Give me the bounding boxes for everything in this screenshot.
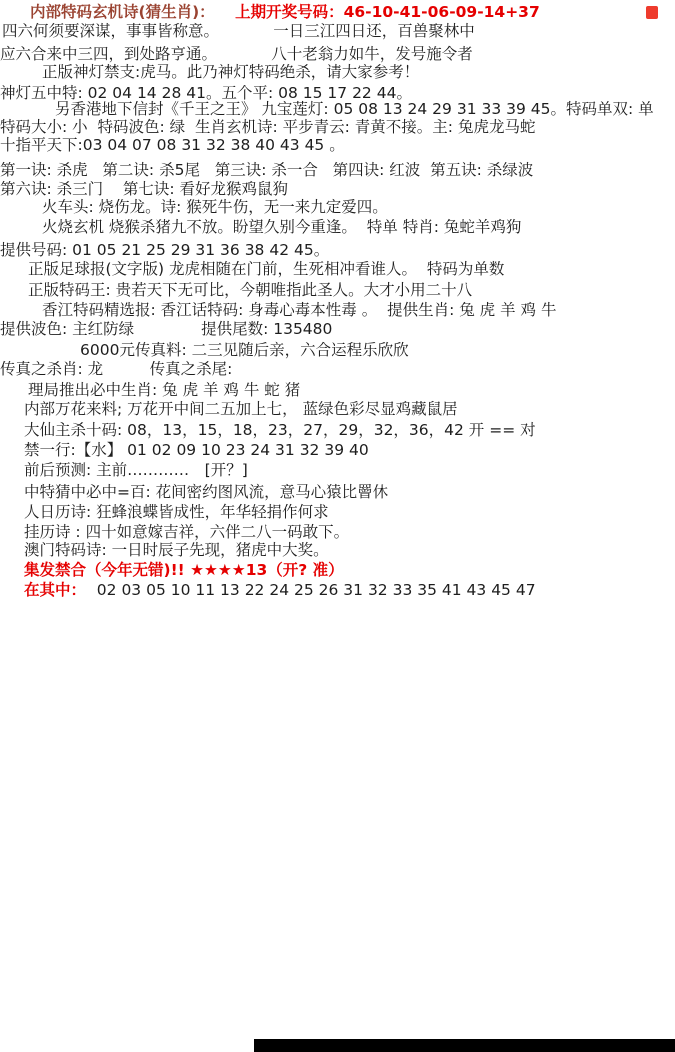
text-line: 理局推出必中生肖: 兔 虎 羊 鸡 牛 蛇 猪 (28, 381, 300, 399)
text-line: 澳门特码诗: 一日时辰子先现，猪虎中大奖。 (24, 541, 329, 559)
text-line: 正版神灯禁支:虎马。此乃神灯特码绝杀，请大家参考！ (42, 63, 419, 81)
text-line: 内部万花来料; 万花开中间二五加上七， 蓝绿色彩尽显鸡藏鼠居 (24, 400, 458, 418)
text-segment: 大仙主杀十码: 08，13，15，18，23，27，29，32，36，42 开 … (24, 421, 536, 439)
text-line: 正版特码王: 贵若天下无可比，今朝唯指此圣人。大才小用二十八 (28, 281, 472, 299)
text-line: 提供号码: 01 05 21 25 29 31 36 38 42 45。 (0, 241, 329, 259)
text-line: 挂历诗 : 四十如意嫁吉祥，六伴二八一码敢下。 (24, 523, 349, 541)
text-line: 火烧玄机 烧猴杀猪九不放。盼望久别今重逢。 特单 特肖: 兔蛇羊鸡狗 (42, 218, 521, 236)
tip-sheet-page: 内部特码玄机诗(猜生肖)： 上期开奖号码：46-10-41-06-09-14+3… (0, 0, 675, 1052)
text-segment: 内部万花来料; 万花开中间二五加上七， 蓝绿色彩尽显鸡藏鼠居 (24, 400, 458, 418)
text-line: 应六合来中三四，到处路亨通。 八十老翁力如牛，发号施令者 (0, 45, 473, 63)
text-segment: 传真之杀肖: 龙 传真之杀尾: (0, 360, 232, 378)
text-segment: 挂历诗 : 四十如意嫁吉祥，六伴二八一码敢下。 (24, 523, 349, 541)
text-segment: 正版足球报(文字版) 龙虎相随在门前，生死相冲看谁人。 特码为单数 (28, 260, 504, 278)
text-segment: 6000元传真料: 二三见随后亲，六合运程乐欣欣 (80, 341, 409, 359)
text-segment: 禁一行:【水】 01 02 09 10 23 24 31 32 39 40 (24, 441, 369, 459)
text-line: 传真之杀肖: 龙 传真之杀尾: (0, 360, 232, 378)
text-segment: 特码大小: 小 特码波色: 绿 生肖玄机诗: 平步青云: 青黄不接。主: 兔虎龙… (0, 118, 535, 136)
text-segment: 四六何须要深谋，事事皆称意。 一日三江四日还，百兽聚林中 (2, 22, 475, 40)
text-segment: 集发禁合（今年无错)!! ★★★★13（开? 准） (24, 561, 344, 579)
text-segment: 正版神灯禁支:虎马。此乃神灯特码绝杀，请大家参考！ (42, 63, 419, 81)
text-segment (215, 3, 235, 21)
text-segment: 应六合来中三四，到处路亨通。 八十老翁力如牛，发号施令者 (0, 45, 473, 63)
text-line: 6000元传真料: 二三见随后亲，六合运程乐欣欣 (80, 341, 409, 359)
text-line: 内部特码玄机诗(猜生肖)： 上期开奖号码：46-10-41-06-09-14+3… (30, 3, 540, 21)
text-segment: 香江特码精选报: 香江话特码: 身毒心毒本性毒 。 提供生肖: 兔 虎 羊 鸡 … (42, 301, 556, 319)
text-line: 火车头: 烧伤龙。诗: 猴死牛伤，无一来九定爱四。 (42, 198, 388, 216)
text-segment: 第一诀: 杀虎 第二诀: 杀5尾 第三诀: 杀一合 第四诀: 红波 第五诀: 杀… (0, 161, 533, 179)
text-segment: 中特猜中必中=百: 花间密约图风流，意马心猿比罾休 (24, 483, 388, 501)
text-segment: 第六诀: 杀三门 第七诀: 看好龙猴鸡鼠狗 (0, 180, 288, 198)
corner-red-mark (646, 6, 658, 19)
text-segment: 前后预测: 主前………… [开？] (24, 461, 248, 479)
text-segment: 内部特码玄机诗(猜生肖)： (30, 3, 215, 21)
text-segment: 澳门特码诗: 一日时辰子先现，猪虎中大奖。 (24, 541, 329, 559)
text-line: 第一诀: 杀虎 第二诀: 杀5尾 第三诀: 杀一合 第四诀: 红波 第五诀: 杀… (0, 161, 533, 179)
text-segment: 理局推出必中生肖: 兔 虎 羊 鸡 牛 蛇 猪 (28, 381, 300, 399)
text-line: 另香港地下信封《千王之王》 九宝莲灯: 05 08 13 24 29 31 33… (55, 100, 654, 118)
text-segment: 火烧玄机 烧猴杀猪九不放。盼望久别今重逢。 特单 特肖: 兔蛇羊鸡狗 (42, 218, 521, 236)
text-segment: 正版特码王: 贵若天下无可比，今朝唯指此圣人。大才小用二十八 (28, 281, 472, 299)
text-segment: 提供号码: 01 05 21 25 29 31 36 38 42 45。 (0, 241, 329, 259)
text-segment: 十指平天下:03 04 07 08 31 32 38 40 43 45 。 (0, 136, 345, 154)
text-segment: 提供波色: 主红防绿 提供尾数: 135480 (0, 320, 332, 338)
text-line: 香江特码精选报: 香江话特码: 身毒心毒本性毒 。 提供生肖: 兔 虎 羊 鸡 … (42, 301, 556, 319)
text-line: 特码大小: 小 特码波色: 绿 生肖玄机诗: 平步青云: 青黄不接。主: 兔虎龙… (0, 118, 535, 136)
text-segment: 另香港地下信封《千王之王》 九宝莲灯: 05 08 13 24 29 31 33… (55, 100, 654, 118)
text-line: 在其中： 02 03 05 10 11 13 22 24 25 26 31 32… (24, 581, 536, 599)
bottom-black-bar (254, 1039, 675, 1052)
text-segment: 人日历诗: 狂蜂浪蝶皆成性，年华轻捐作何求 (24, 503, 329, 521)
text-line: 人日历诗: 狂蜂浪蝶皆成性，年华轻捐作何求 (24, 503, 329, 521)
text-line: 十指平天下:03 04 07 08 31 32 38 40 43 45 。 (0, 136, 345, 154)
text-line: 中特猜中必中=百: 花间密约图风流，意马心猿比罾休 (24, 483, 388, 501)
text-line: 提供波色: 主红防绿 提供尾数: 135480 (0, 320, 332, 338)
text-line: 禁一行:【水】 01 02 09 10 23 24 31 32 39 40 (24, 441, 369, 459)
text-line: 前后预测: 主前………… [开？] (24, 461, 248, 479)
text-line: 第六诀: 杀三门 第七诀: 看好龙猴鸡鼠狗 (0, 180, 288, 198)
text-segment: 02 03 05 10 11 13 22 24 25 26 31 32 33 3… (97, 581, 536, 599)
text-segment: 上期开奖号码：46-10-41-06-09-14+37 (235, 3, 540, 21)
text-line: 大仙主杀十码: 08，13，15，18，23，27，29，32，36，42 开 … (24, 421, 536, 439)
text-segment: 火车头: 烧伤龙。诗: 猴死牛伤，无一来九定爱四。 (42, 198, 388, 216)
text-segment: 在其中： (24, 581, 97, 599)
text-line: 集发禁合（今年无错)!! ★★★★13（开? 准） (24, 561, 344, 579)
text-line: 四六何须要深谋，事事皆称意。 一日三江四日还，百兽聚林中 (2, 22, 475, 40)
text-line: 正版足球报(文字版) 龙虎相随在门前，生死相冲看谁人。 特码为单数 (28, 260, 504, 278)
